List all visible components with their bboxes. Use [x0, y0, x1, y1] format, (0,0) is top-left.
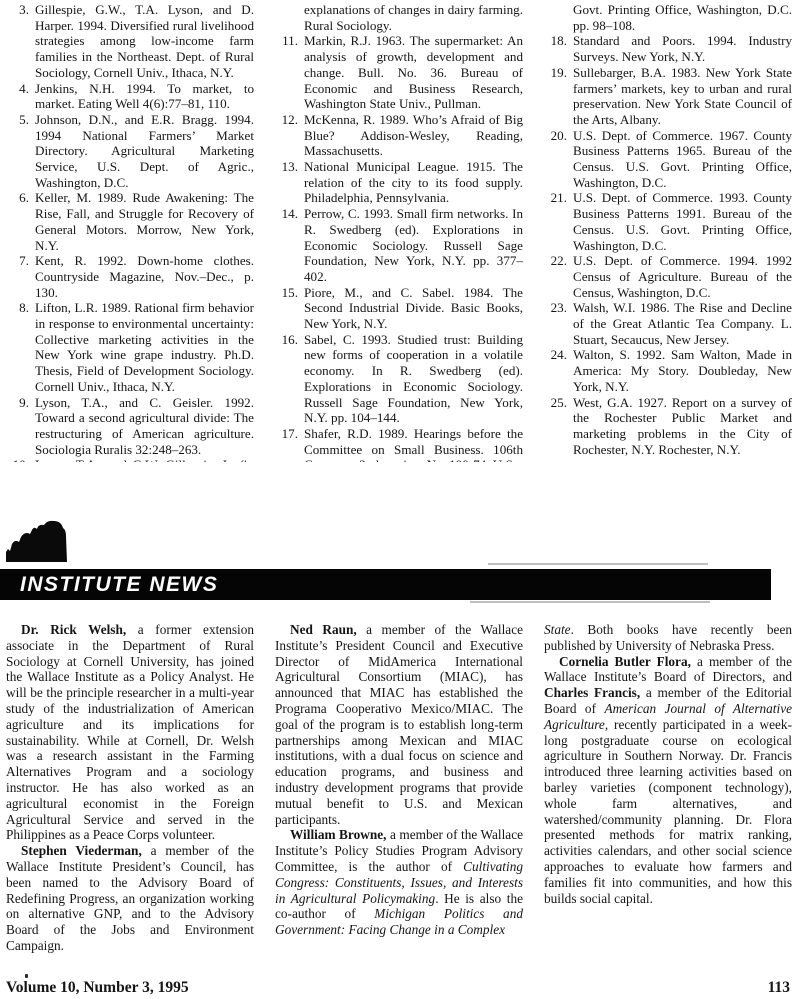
- reference-item: 23.Walsh, W.I. 1986. The Rise and Declin…: [544, 300, 792, 347]
- reference-item: 4.Jenkins, N.H. 1994. To market, to mark…: [6, 81, 254, 112]
- reference-text: Keller, M. 1989. Rude Awakening: The Ris…: [35, 190, 254, 252]
- person-name: Ned Raun,: [290, 622, 357, 637]
- reference-number: 22.: [544, 253, 567, 269]
- reference-text: Markin, R.J. 1963. The supermarket: An a…: [304, 33, 523, 111]
- reference-number: 4.: [6, 81, 29, 97]
- reference-text: U.S. Dept. of Commerce. 1994. 1992 Censu…: [573, 253, 792, 299]
- reference-item: 5.Johnson, D.N., and E.R. Bragg. 1994. 1…: [6, 112, 254, 191]
- section-title: INSTITUTE NEWS: [0, 573, 218, 597]
- reference-text: Lyson, T.A., and C. Geisler. 1992. Towar…: [35, 395, 254, 457]
- reference-text: National Municipal League. 1915. The rel…: [304, 159, 523, 205]
- reference-item: 24.Walton, S. 1992. Sam Walton, Made in …: [544, 347, 792, 394]
- reference-item: 8.Lifton, L.R. 1989. Rational firm behav…: [6, 300, 254, 394]
- body-text: a member of the Wallace Institute Presid…: [6, 843, 254, 953]
- reference-number: 16.: [275, 332, 298, 348]
- reference-continuation: explanations of changes in dairy farming…: [275, 2, 523, 33]
- reference-item: 3.Gillespie, G.W., T.A. Lyson, and D. Ha…: [6, 2, 254, 81]
- reference-text: Sabel, C. 1993. Studied trust: Building …: [304, 332, 523, 426]
- reference-item: 11.Markin, R.J. 1963. The supermarket: A…: [275, 33, 523, 112]
- reference-item: 10.Lyson, T.A., and G.W. Gillespie, Jr. …: [6, 457, 254, 462]
- reference-text: Sullebarger, B.A. 1983. New York State f…: [573, 65, 792, 127]
- reference-number: 19.: [544, 65, 567, 81]
- reference-item: 17.Shafer, R.D. 1989. Hearings before th…: [275, 426, 523, 462]
- references-section: 3.Gillespie, G.W., T.A. Lyson, and D. Ha…: [0, 0, 800, 462]
- reference-number: 3.: [6, 2, 29, 18]
- reference-text: U.S. Dept. of Commerce. 1993. County Bus…: [573, 190, 792, 252]
- reference-text: Perrow, C. 1993. Small firm networks. In…: [304, 206, 523, 284]
- reference-item: 9.Lyson, T.A., and C. Geisler. 1992. Tow…: [6, 395, 254, 458]
- body-text: a former extension associate in the Depa…: [6, 622, 254, 842]
- reference-text: U.S. Dept. of Commerce. 1967. County Bus…: [573, 128, 792, 190]
- scan-artifact-line: [488, 563, 708, 565]
- reference-number: 5.: [6, 112, 29, 128]
- news-column-2: Ned Raun, a member of the Wallace Instit…: [275, 622, 523, 968]
- reference-text: Lifton, L.R. 1989. Rational firm behavio…: [35, 300, 254, 394]
- news-paragraph: State. Both books have recently been pub…: [544, 622, 792, 654]
- reference-number: 12.: [275, 112, 298, 128]
- news-paragraph: Ned Raun, a member of the Wallace Instit…: [275, 622, 523, 827]
- references-column-2: explanations of changes in dairy farming…: [275, 2, 523, 462]
- reference-item: 22.U.S. Dept. of Commerce. 1994. 1992 Ce…: [544, 253, 792, 300]
- reference-continuation: Govt. Printing Office, Washington, D.C. …: [544, 2, 792, 33]
- institute-news-section: Dr. Rick Welsh, a former extension assoc…: [0, 622, 800, 968]
- reference-number: 10.: [6, 457, 29, 462]
- reference-item: 6.Keller, M. 1989. Rude Awakening: The R…: [6, 190, 254, 253]
- reference-number: 20.: [544, 128, 567, 144]
- reference-text: Gillespie, G.W., T.A. Lyson, and D. Harp…: [35, 2, 254, 80]
- reference-number: 23.: [544, 300, 567, 316]
- person-name: Charles Francis,: [544, 685, 640, 700]
- reference-text: Walton, S. 1992. Sam Walton, Made in Ame…: [573, 347, 792, 393]
- news-column-3: State. Both books have recently been pub…: [544, 622, 792, 968]
- reference-number: 7.: [6, 253, 29, 269]
- references-column-3: Govt. Printing Office, Washington, D.C. …: [544, 2, 792, 462]
- news-column-1: Dr. Rick Welsh, a former extension assoc…: [6, 622, 254, 968]
- reference-number: 18.: [544, 33, 567, 49]
- reference-text: Jenkins, N.H. 1994. To market, to market…: [35, 81, 254, 112]
- news-paragraph: Cornelia Butler Flora, a member of the W…: [544, 654, 792, 907]
- person-name: Cornelia Butler Flora,: [559, 654, 691, 669]
- news-paragraph: Dr. Rick Welsh, a former extension assoc…: [6, 622, 254, 843]
- reference-item: 16.Sabel, C. 1993. Studied trust: Buildi…: [275, 332, 523, 426]
- page-number: 113: [768, 979, 790, 997]
- reference-text: West, G.A. 1927. Report on a survey of t…: [573, 395, 792, 457]
- news-paragraph: Stephen Viederman, a member of the Walla…: [6, 843, 254, 954]
- reference-number: 6.: [6, 190, 29, 206]
- reference-text: Kent, R. 1992. Down-home clothes. Countr…: [35, 253, 254, 299]
- person-name: William Browne,: [290, 827, 386, 842]
- reference-text: Standard and Poors. 1994. Industry Surve…: [573, 33, 792, 64]
- reference-number: 25.: [544, 395, 567, 411]
- reference-item: 19.Sullebarger, B.A. 1983. New York Stat…: [544, 65, 792, 128]
- references-column-1: 3.Gillespie, G.W., T.A. Lyson, and D. Ha…: [6, 2, 254, 462]
- reference-number: 17.: [275, 426, 298, 442]
- reference-item: 13.National Municipal League. 1915. The …: [275, 159, 523, 206]
- reference-text: McKenna, R. 1989. Who’s Afraid of Big Bl…: [304, 112, 523, 158]
- reference-item: 14.Perrow, C. 1993. Small firm networks.…: [275, 206, 523, 285]
- body-text: a member of the Wallace Institute’s Pres…: [275, 622, 523, 827]
- reference-text: Piore, M., and C. Sabel. 1984. The Secon…: [304, 285, 523, 331]
- reference-item: 12.McKenna, R. 1989. Who’s Afraid of Big…: [275, 112, 523, 159]
- reference-number: 14.: [275, 206, 298, 222]
- farm-buildings-silhouette-icon: [5, 520, 800, 562]
- reference-item: 25.West, G.A. 1927. Report on a survey o…: [544, 395, 792, 458]
- section-header-bar: INSTITUTE NEWS: [0, 569, 771, 600]
- reference-item: 20.U.S. Dept. of Commerce. 1967. County …: [544, 128, 792, 191]
- volume-issue-label: Volume 10, Number 3, 1995: [6, 979, 189, 997]
- reference-number: 9.: [6, 395, 29, 411]
- page-footer: Volume 10, Number 3, 1995 113: [6, 979, 790, 997]
- person-name: Stephen Viederman,: [21, 843, 142, 858]
- reference-item: 7.Kent, R. 1992. Down-home clothes. Coun…: [6, 253, 254, 300]
- logo-row: [0, 520, 800, 562]
- reference-number: 11.: [275, 33, 298, 49]
- body-text: . Both books have recently been publishe…: [544, 622, 792, 653]
- scan-artifact-line: [470, 601, 710, 603]
- reference-text: Shafer, R.D. 1989. Hearings before the C…: [304, 426, 523, 462]
- scan-speck: [25, 974, 28, 978]
- reference-number: 13.: [275, 159, 298, 175]
- reference-number: 24.: [544, 347, 567, 363]
- reference-item: 15.Piore, M., and C. Sabel. 1984. The Se…: [275, 285, 523, 332]
- person-name: Dr. Rick Welsh,: [21, 622, 126, 637]
- reference-item: 18.Standard and Poors. 1994. Industry Su…: [544, 33, 792, 64]
- journal-page: 3.Gillespie, G.W., T.A. Lyson, and D. Ha…: [0, 0, 800, 999]
- reference-item: 21.U.S. Dept. of Commerce. 1993. County …: [544, 190, 792, 253]
- reference-text: Johnson, D.N., and E.R. Bragg. 1994. 199…: [35, 112, 254, 190]
- reference-text: Walsh, W.I. 1986. The Rise and Decline o…: [573, 300, 792, 346]
- reference-text: Lyson, T.A., and G.W. Gillespie, Jr. (in…: [35, 457, 254, 462]
- reference-number: 15.: [275, 285, 298, 301]
- news-paragraph: William Browne, a member of the Wallace …: [275, 827, 523, 938]
- body-text: , recently participated in a week-long p…: [544, 717, 792, 906]
- reference-number: 21.: [544, 190, 567, 206]
- book-title: State: [544, 622, 571, 637]
- reference-number: 8.: [6, 300, 29, 316]
